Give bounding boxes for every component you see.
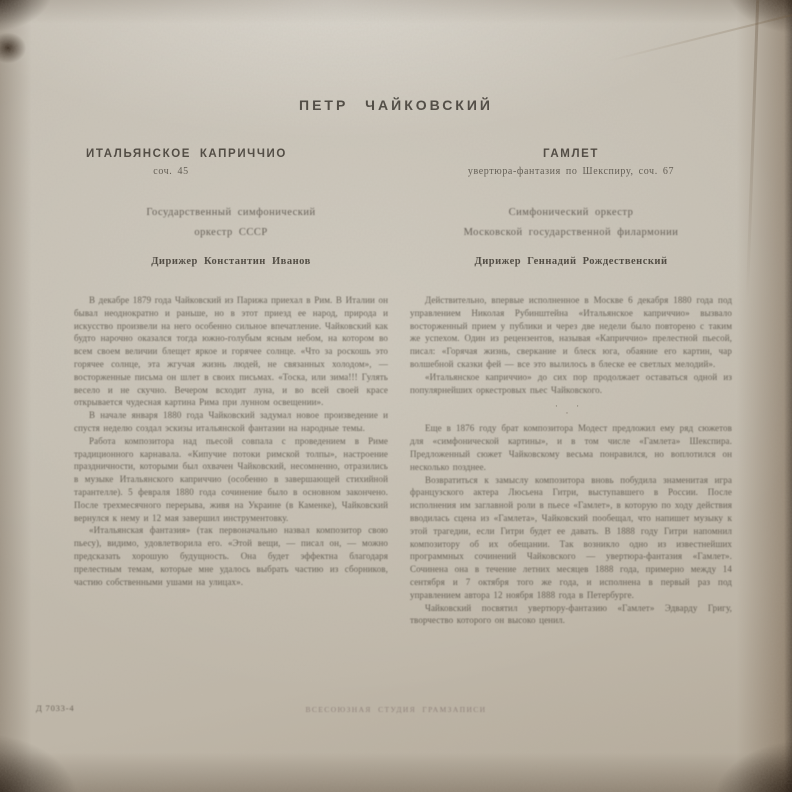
work-subtitle-right: увертюра-фантазия по Шекспиру, соч. 67 [410,166,732,177]
paragraph: В декабре 1879 года Чайковский из Парижа… [74,294,388,409]
paper-crease-corner [605,7,792,62]
liner-notes-right-bottom: Еще в 1876 году брат композитора Модест … [410,422,732,627]
left-column: ИТАЛЬЯНСКОЕ КАПРИЧЧИО соч. 45 Государств… [74,148,388,588]
conductor-credit-right: Дирижер Геннадий Рождественский [410,256,732,267]
orchestra-credit-right: Симфонический оркестр Московской государ… [410,203,732,243]
paragraph: Действительно, впервые исполненное в Мос… [410,294,732,371]
paragraph: В начале января 1880 года Чайковский зад… [74,409,388,435]
work-title-italian-capriccio: ИТАЛЬЯНСКОЕ КАПРИЧЧИО [74,148,388,160]
asterism-separator: · · · [410,403,732,417]
composer-title: ПЕТР ЧАЙКОВСКИЙ [0,97,792,113]
studio-imprint: ВСЕСОЮЗНАЯ СТУДИЯ ГРАМЗАПИСИ [0,705,792,714]
paragraph: Еще в 1876 году брат композитора Модест … [410,422,732,473]
paper-crease-vertical [746,0,759,300]
work-opus-left: соч. 45 [74,166,388,177]
work-title-hamlet: ГАМЛЕТ [410,148,732,160]
right-column: ГАМЛЕТ увертюра-фантазия по Шекспиру, со… [410,148,732,627]
record-sleeve-back: ПЕТР ЧАЙКОВСКИЙ ИТАЛЬЯНСКОЕ КАПРИЧЧИО со… [0,0,792,792]
paragraph: Возвратиться к замыслу композитора вновь… [410,474,732,602]
paragraph: Чайковский посвятил увертюру-фантазию «Г… [410,602,732,628]
paragraph: «Итальянская фантазия» (так первоначальн… [74,524,388,588]
paragraph: Работа композитора над пьесой совпала с … [74,435,388,525]
conductor-credit-left: Дирижер Константин Иванов [74,256,388,267]
paragraph: «Итальянское каприччио» до сих пор продо… [410,371,732,397]
orchestra-credit-left: Государственный симфонический оркестр СС… [74,203,388,243]
liner-notes-left: В декабре 1879 года Чайковский из Парижа… [74,294,388,588]
liner-notes-right-top: Действительно, впервые исполненное в Мос… [410,294,732,396]
